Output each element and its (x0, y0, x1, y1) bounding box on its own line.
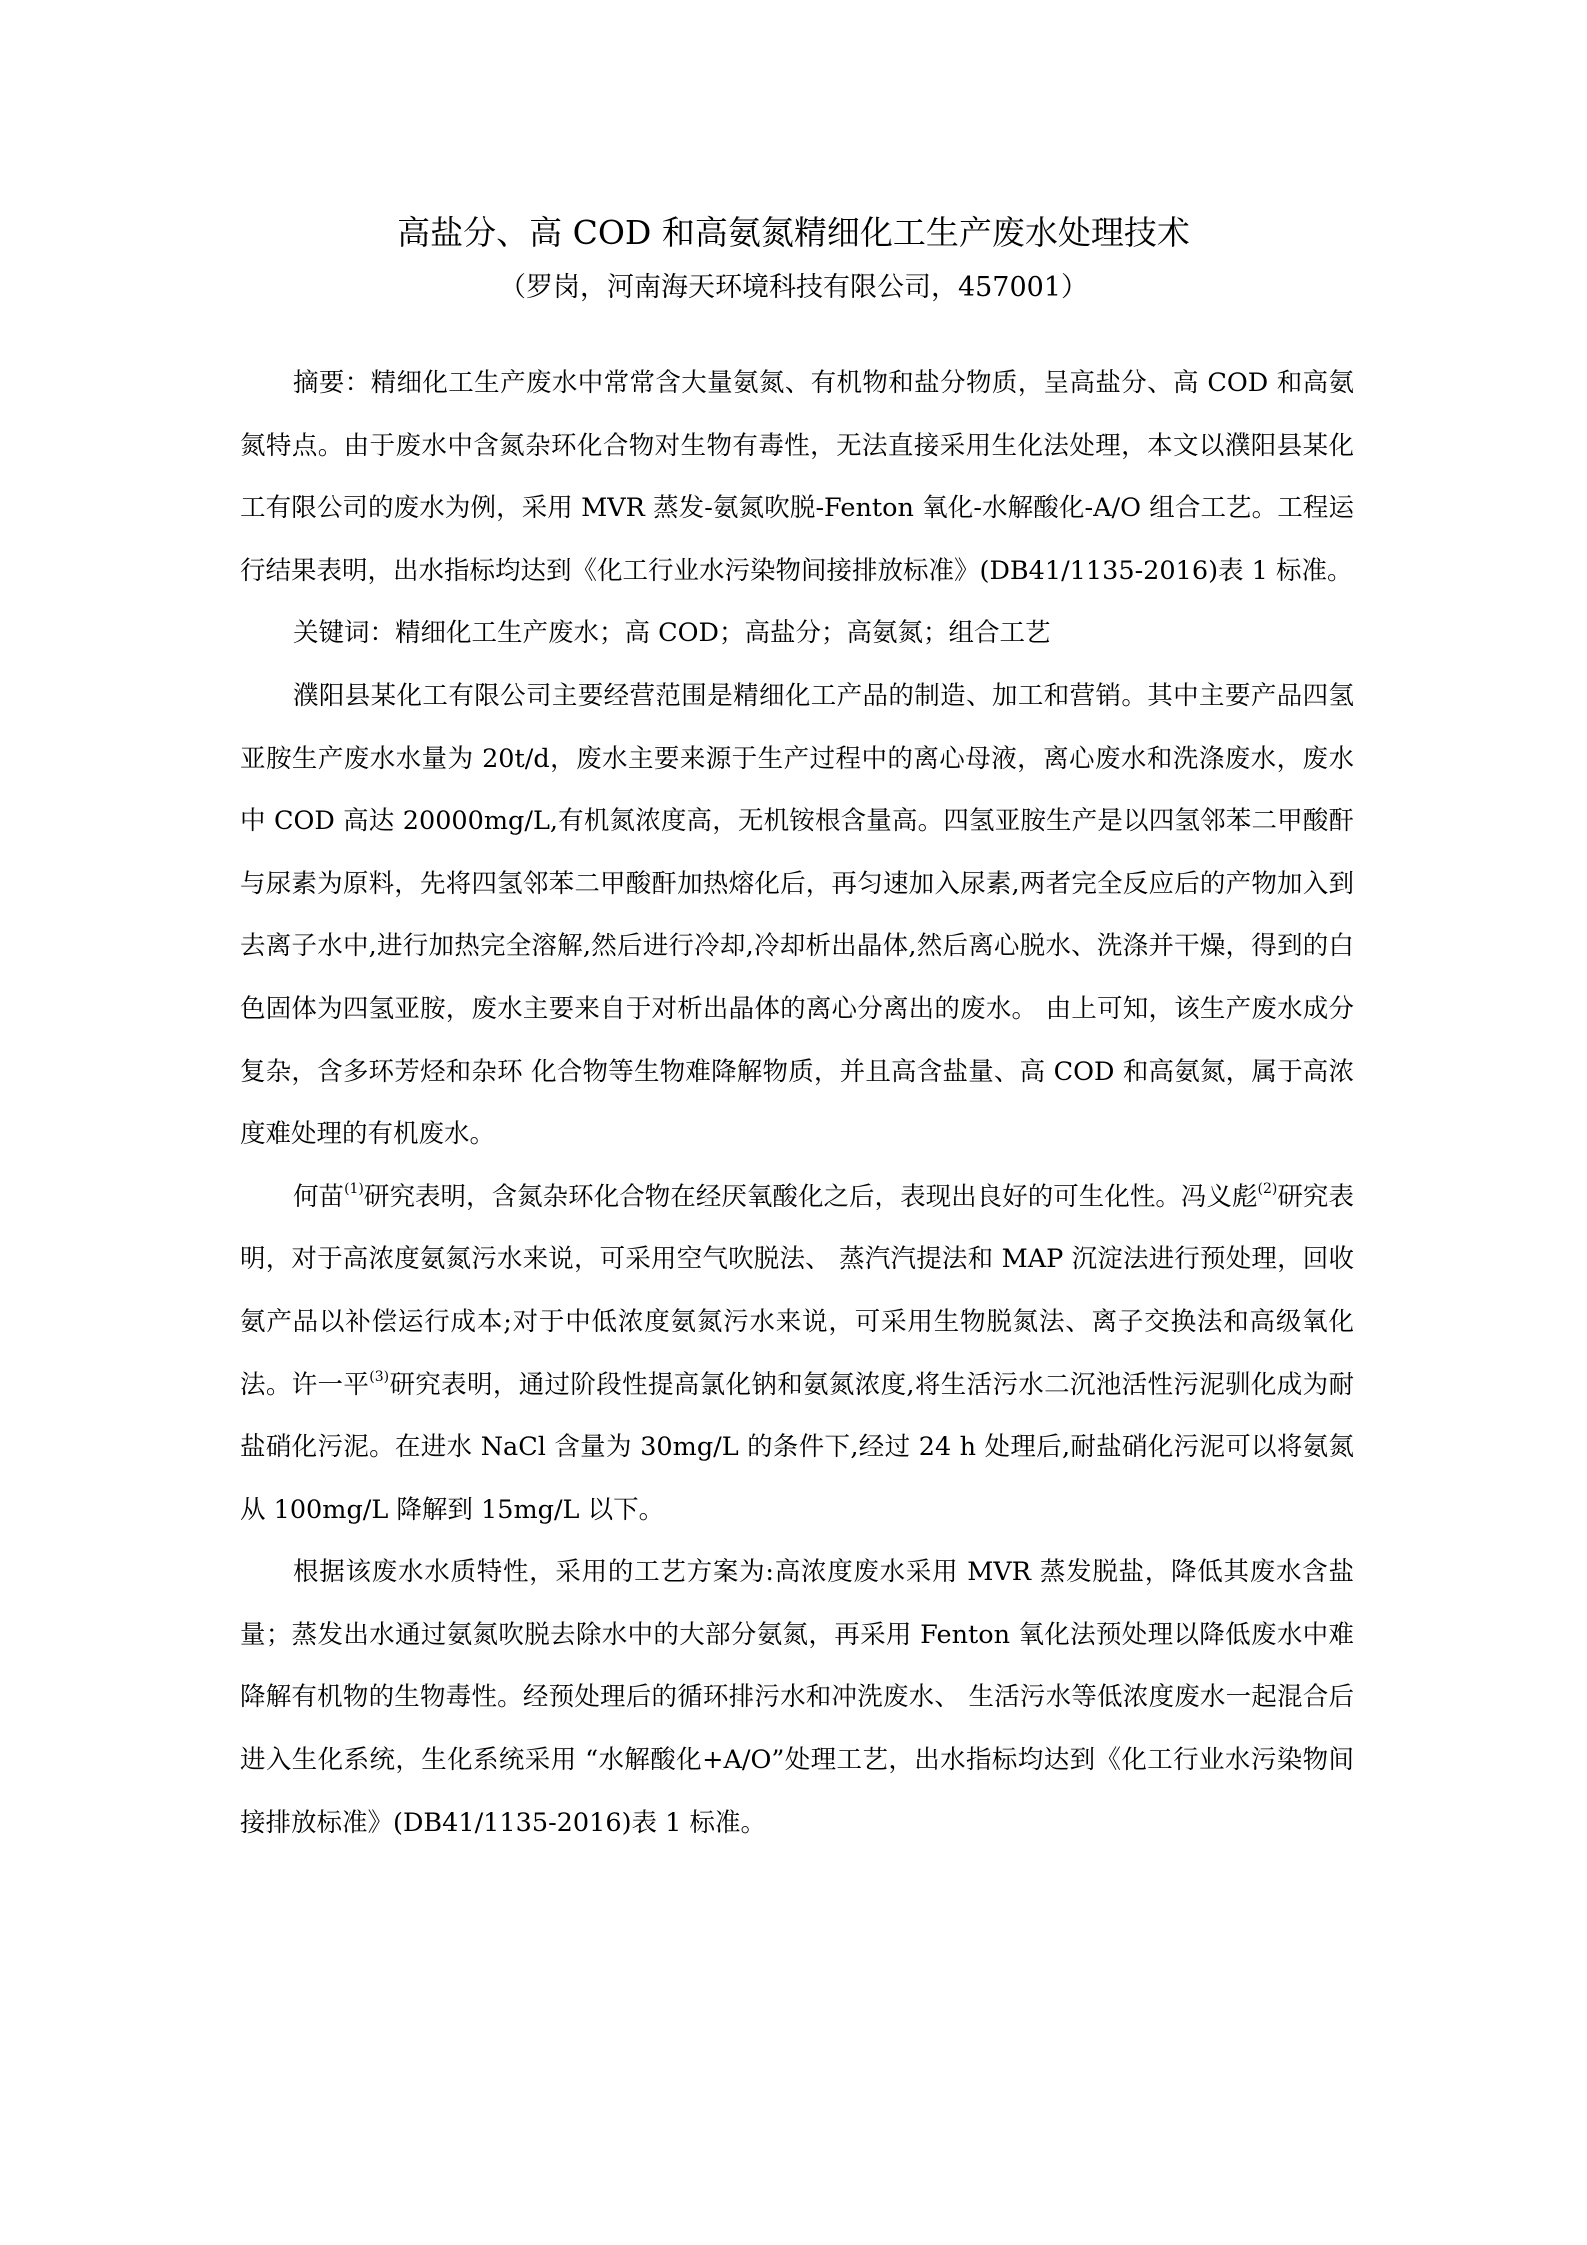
abstract-label: 摘要： (293, 368, 371, 398)
keywords-paragraph: 关键词：精细化工生产废水；高 COD；高盐分；高氨氮；组合工艺 (240, 602, 1354, 665)
abstract-paragraph: 摘要：精细化工生产废水中常常含大量氨氮、有机物和盐分物质，呈高盐分、高 COD … (240, 352, 1354, 602)
body-paragraph-2: 何苗(1)研究表明，含氮杂环化合物在经厌氧酸化之后，表现出良好的可生化性。冯义彪… (240, 1166, 1354, 1542)
paragraph-text: 研究表明，含氮杂环化合物在经厌氧酸化之后，表现出良好的可生化性。冯义彪 (364, 1182, 1258, 1212)
document-body: 摘要：精细化工生产废水中常常含大量氨氮、有机物和盐分物质，呈高盐分、高 COD … (240, 352, 1354, 1854)
paragraph-text: 何苗 (293, 1182, 344, 1212)
paragraph-text: 研究表明，对于高浓度氨氮污水来说，可采用空气吹脱法、 蒸汽汽提法和 MAP 沉淀… (240, 1182, 1354, 1400)
keywords-text: 精细化工生产废水；高 COD；高盐分；高氨氮；组合工艺 (395, 618, 1050, 648)
document-page: 高盐分、高 COD 和高氨氮精细化工生产废水处理技术 （罗岗，河南海天环境科技有… (0, 0, 1587, 2245)
author-affiliation: （罗岗，河南海天环境科技有限公司，457001） (0, 268, 1587, 308)
paragraph-text: 研究表明，通过阶段性提高氯化钠和氨氮浓度,将生活污水二沉池活性污泥驯化成为耐盐硝… (240, 1370, 1354, 1525)
citation-ref-2: (2) (1258, 1181, 1278, 1197)
citation-ref-1: (1) (344, 1181, 364, 1197)
document-title: 高盐分、高 COD 和高氨氮精细化工生产废水处理技术 (0, 210, 1587, 256)
abstract-text: 精细化工生产废水中常常含大量氨氮、有机物和盐分物质，呈高盐分、高 COD 和高氨… (240, 368, 1354, 586)
citation-ref-3: (3) (369, 1369, 389, 1385)
body-paragraph-3: 根据该废水水质特性，采用的工艺方案为:高浓度废水采用 MVR 蒸发脱盐，降低其废… (240, 1541, 1354, 1854)
body-paragraph-1: 濮阳县某化工有限公司主要经营范围是精细化工产品的制造、加工和营销。其中主要产品四… (240, 665, 1354, 1166)
keywords-label: 关键词： (293, 618, 395, 648)
